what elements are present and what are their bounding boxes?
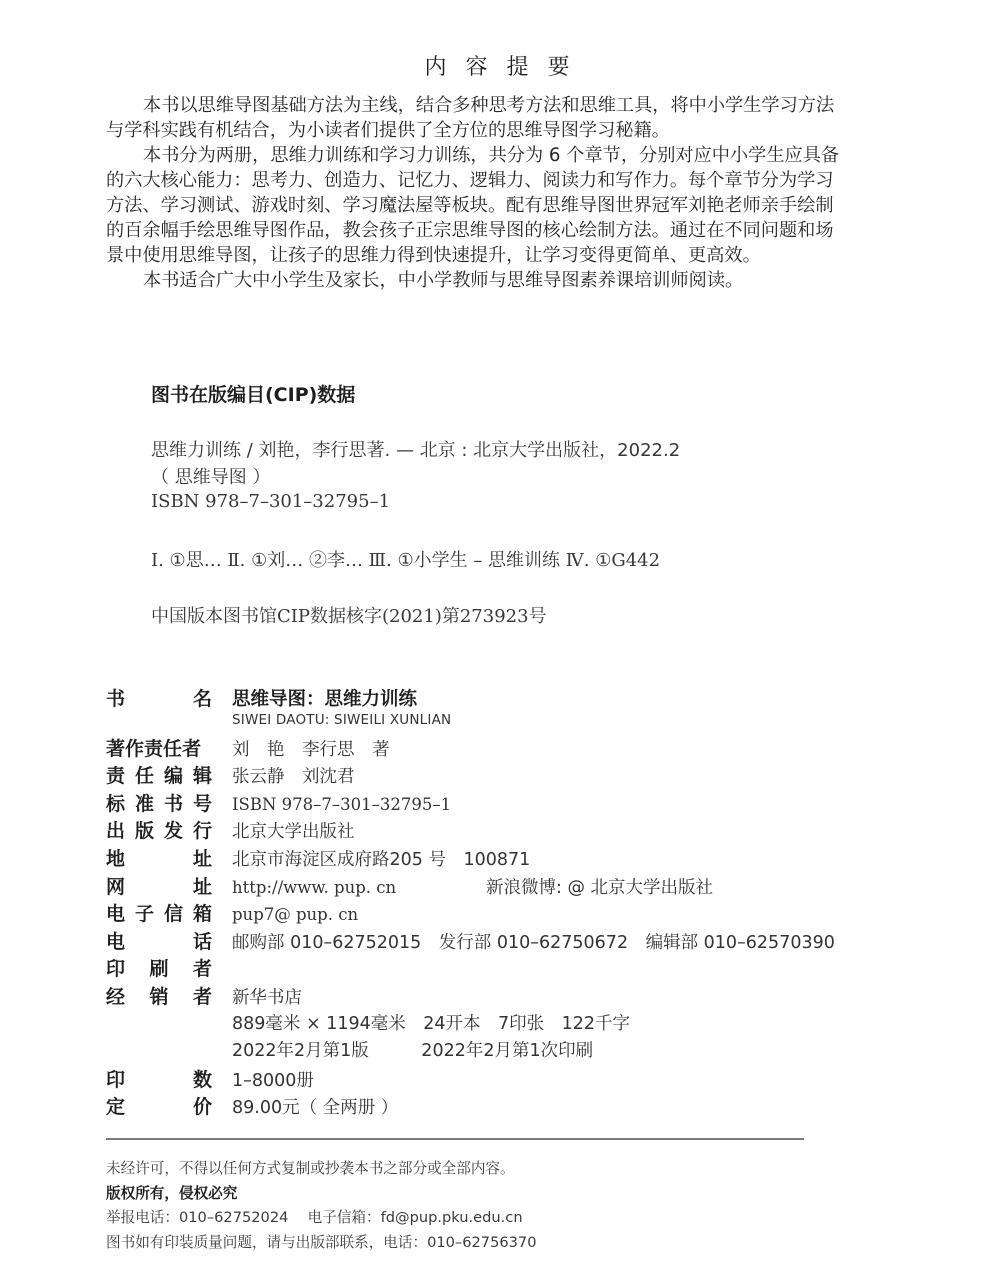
row-title: 书 名 思维导图：思维力训练 — [106, 684, 835, 712]
isbn: ISBN 978–7–301–32795–1 — [232, 795, 451, 814]
label-website: 网址 — [106, 872, 212, 899]
row-distributor: 经销者 新华书店 — [106, 982, 835, 1010]
label-print-run: 印数 — [106, 1065, 212, 1092]
phones: 邮购部 010–62752015 发行部 010–62750672 编辑部 01… — [232, 929, 835, 954]
label-email: 电子信箱 — [106, 899, 212, 926]
summary-line: 景中使用思维导图，让孩子的思维力得到快速提升，让学习变得更简单、更高效。 — [106, 243, 906, 268]
label-address: 地址 — [106, 844, 212, 871]
row-format: 889毫米 × 1194毫米 24开本 7印张 122千字 — [106, 1010, 835, 1038]
authors: 刘 艳 李行思 著 — [232, 736, 390, 761]
edition-info: 2022年2月第1版 2022年2月第1次印刷 — [232, 1037, 593, 1062]
summary-line: 的六大核心能力：思考力、创造力、记忆力、逻辑力、阅读力和写作力。每个章节分为学习 — [106, 168, 906, 193]
distributor: 新华书店 — [232, 984, 302, 1009]
cip-approval: 中国版本图书馆CIP数据核字(2021)第273923号 — [151, 602, 547, 628]
divider — [106, 1138, 804, 1140]
row-isbn: 标准书号 ISBN 978–7–301–32795–1 — [106, 789, 835, 817]
editors: 张云静 刘沈君 — [232, 763, 355, 788]
row-editors: 责任编辑 张云静 刘沈君 — [106, 761, 835, 789]
website-link[interactable]: http://www. pup. cn — [232, 878, 486, 897]
label-distributor: 经销者 — [106, 982, 212, 1009]
row-printer: 印刷者 — [106, 954, 835, 982]
summary-body: 本书以思维导图基础方法为主线，结合多种思考方法和思维工具，将中小学生学习方法 与… — [106, 93, 906, 293]
cip-isbn: ISBN 978–7–301–32795–1 — [151, 491, 390, 512]
row-address: 地址 北京市海淀区成府路205 号 100871 — [106, 844, 835, 872]
row-pinyin: SIWEI DAOTU: SIWEILI XUNLIAN — [106, 712, 835, 734]
label-editors: 责任编辑 — [106, 761, 212, 788]
row-edition: 2022年2月第1版 2022年2月第1次印刷 — [106, 1037, 835, 1065]
cip-classification: Ⅰ. ①思… Ⅱ. ①刘… ②李… Ⅲ. ①小学生 – 思维训练 Ⅳ. ①G44… — [151, 546, 660, 572]
cip-record-line: 思维力训练 / 刘艳，李行思著. — 北京 : 北京大学出版社，2022.2 — [151, 436, 680, 462]
summary-title: 内 容 提 要 — [0, 50, 1000, 81]
label-title: 书 名 — [106, 684, 212, 711]
summary-line: 的百余幅手绘思维导图作品，教会孩子正宗思维导图的核心绘制方法。通过在不同问题和场 — [106, 218, 906, 243]
weibo: 新浪微博: @ 北京大学出版社 — [486, 874, 713, 899]
book-title: 思维导图：思维力训练 — [232, 685, 417, 711]
label-printer: 印刷者 — [106, 954, 212, 981]
book-title-pinyin: SIWEI DAOTU: SIWEILI XUNLIAN — [232, 712, 451, 728]
row-price: 定价 89.00元（ 全两册 ） — [106, 1092, 835, 1120]
format-spec: 889毫米 × 1194毫米 24开本 7印张 122千字 — [232, 1010, 630, 1035]
cip-heading: 图书在版编目(CIP)数据 — [151, 380, 355, 407]
row-phone: 电话 邮购部 010–62752015 发行部 010–62750672 编辑部… — [106, 927, 835, 955]
rights-reserved: 版权所有，侵权必究 — [106, 1182, 537, 1207]
print-run: 1–8000册 — [232, 1067, 314, 1092]
summary-line: 本书适合广大中小学生及家长，中小学教师与思维导图素养课培训师阅读。 — [106, 268, 906, 293]
cip-series: （ 思维导图 ） — [151, 463, 270, 489]
copyright-footer: 未经许可，不得以任何方式复制或抄袭本书之部分或全部内容。 版权所有，侵权必究 举… — [106, 1157, 537, 1255]
summary-line: 本书以思维导图基础方法为主线，结合多种思考方法和思维工具，将中小学生学习方法 — [106, 93, 906, 118]
report-contact: 举报电话：010–62752024 电子信箱：fd@pup.pku.edu.cn — [106, 1206, 537, 1231]
row-authors: 著作责任者 刘 艳 李行思 著 — [106, 734, 835, 762]
summary-line: 方法、学习测试、游戏时刻、学习魔法屋等板块。配有思维导图世界冠军刘艳老师亲手绘制 — [106, 193, 906, 218]
row-publisher: 出版发行 北京大学出版社 — [106, 816, 835, 844]
label-phone: 电话 — [106, 927, 212, 954]
quality-contact: 图书如有印装质量问题，请与出版部联系，电话：010–62756370 — [106, 1231, 537, 1256]
row-email: 电子信箱 pup7@ pup. cn — [106, 899, 835, 927]
label-isbn: 标准书号 — [106, 789, 212, 816]
label-price: 定价 — [106, 1092, 212, 1119]
summary-line: 与学科实践有机结合，为小读者们提供了全方位的思维导图学习秘籍。 — [106, 118, 906, 143]
row-website: 网址 http://www. pup. cn 新浪微博: @ 北京大学出版社 — [106, 872, 835, 900]
summary-line: 本书分为两册，思维力训练和学习力训练，共分为 6 个章节，分别对应中小学生应具备 — [106, 143, 906, 168]
label-publisher: 出版发行 — [106, 816, 212, 843]
row-print-run: 印数 1–8000册 — [106, 1065, 835, 1093]
publisher: 北京大学出版社 — [232, 818, 355, 843]
publication-info: 书 名 思维导图：思维力训练 SIWEI DAOTU: SIWEILI XUNL… — [106, 684, 835, 1120]
price: 89.00元（ 全两册 ） — [232, 1094, 398, 1119]
copy-notice: 未经许可，不得以任何方式复制或抄袭本书之部分或全部内容。 — [106, 1157, 537, 1182]
address: 北京市海淀区成府路205 号 100871 — [232, 846, 530, 871]
email-link[interactable]: pup7@ pup. cn — [232, 905, 358, 924]
label-authors: 著作责任者 — [106, 734, 212, 761]
